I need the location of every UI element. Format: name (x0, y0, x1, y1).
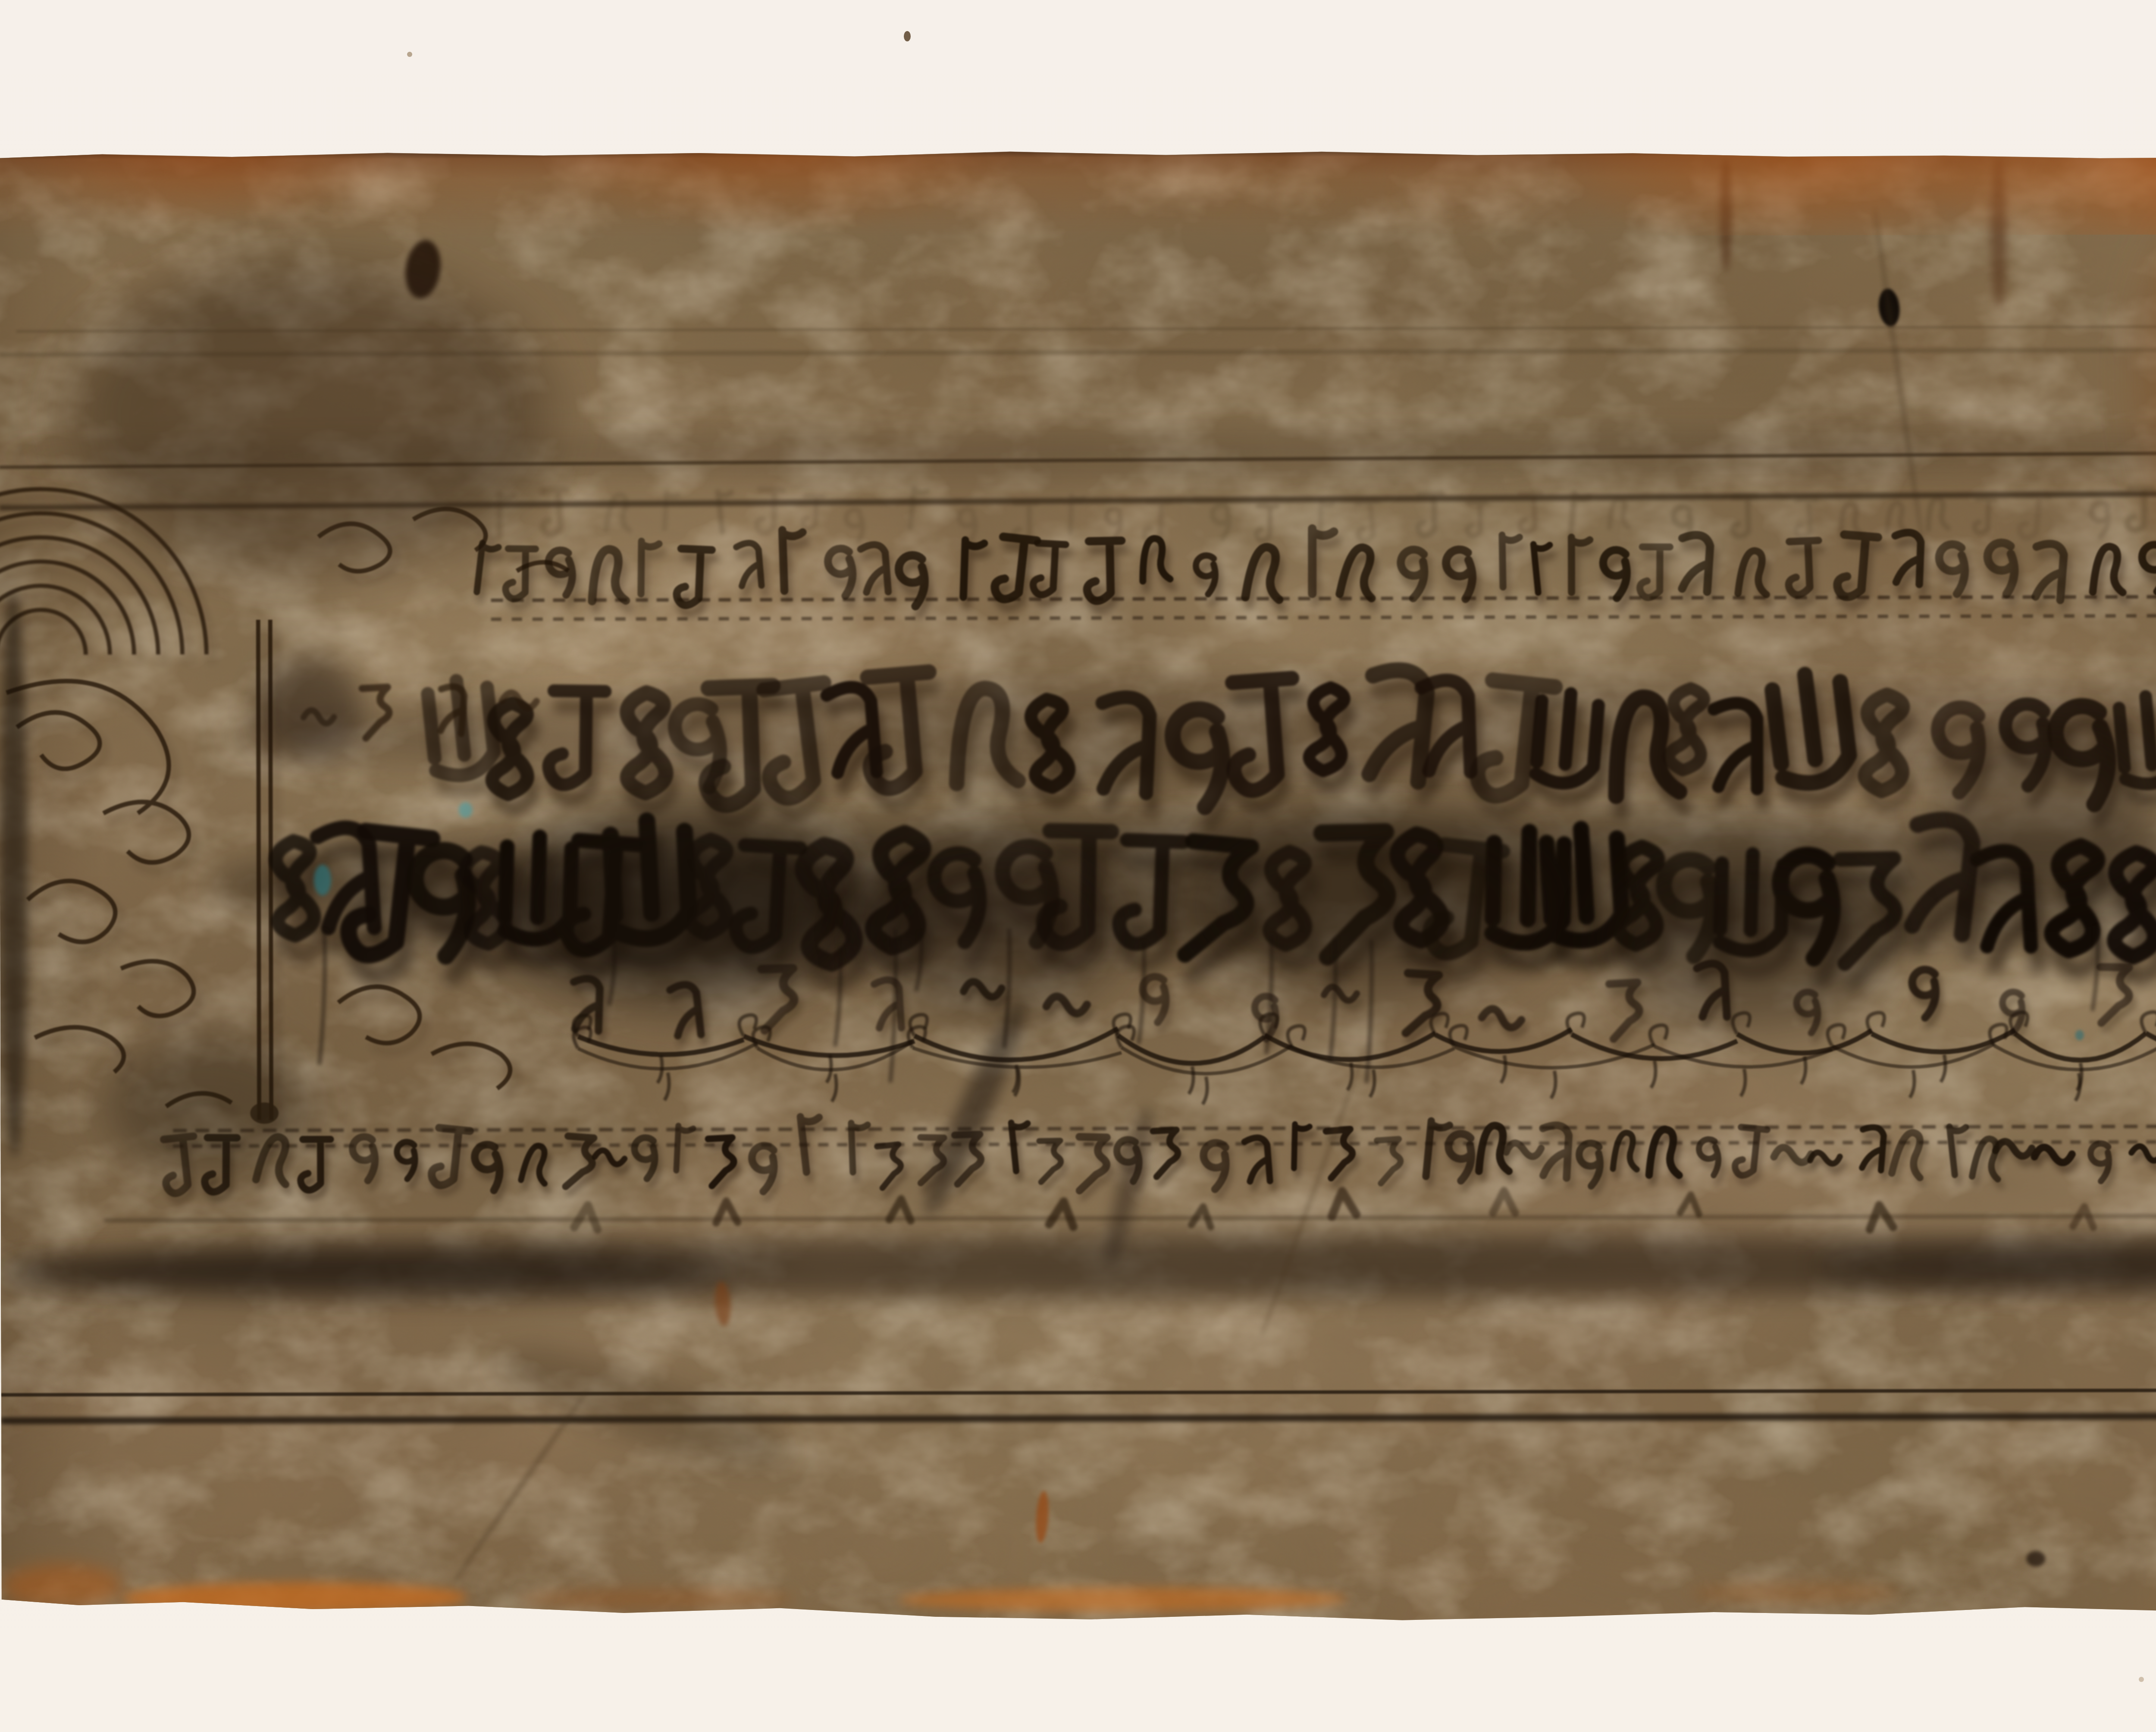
script-glyph (2127, 488, 2153, 531)
script-glyph (845, 509, 864, 541)
script-glyph (676, 1126, 693, 1171)
ink-stain (2026, 1551, 2045, 1566)
ink-smudge-layer (0, 144, 2156, 150)
ink-stain (517, 798, 846, 1006)
script-glyph (756, 490, 783, 534)
ink-stain (258, 658, 362, 762)
script-glyph (1519, 493, 1543, 533)
stain-layer (0, 144, 2156, 150)
script-glyph (1467, 502, 1487, 536)
script-glyph (2073, 1206, 2094, 1227)
script-glyph (1417, 494, 1443, 536)
ink-stain (459, 802, 473, 818)
ink-stain (122, 1582, 467, 1614)
script-glyph (1868, 1204, 1893, 1229)
script-glyph (959, 509, 976, 541)
script-glyph (910, 488, 927, 529)
script-glyph (606, 495, 629, 530)
script-glyph (680, 1133, 697, 1178)
script-glyph (477, 543, 499, 594)
text-line-1 (477, 524, 2156, 616)
ink-stain (2075, 1030, 2084, 1040)
script-glyph (1312, 529, 1334, 594)
script-glyph (1575, 546, 1593, 601)
script-glyph (1316, 537, 1337, 602)
script-glyph (1612, 1133, 1637, 1170)
script-glyph (574, 1204, 599, 1230)
script-glyph (1297, 1131, 1313, 1176)
script-glyph (1771, 671, 1852, 786)
ink-stain (104, 1037, 311, 1176)
script-glyph (1571, 537, 1590, 593)
script-glyph (1191, 1205, 1213, 1227)
ornament-ghost (0, 497, 575, 1131)
script-glyph (802, 496, 823, 529)
script-bands (160, 484, 2156, 1233)
ink-stain (68, 260, 552, 572)
script-glyph (1049, 1200, 1076, 1227)
script-glyph (1885, 502, 1906, 533)
script-glyph (1533, 543, 1554, 593)
script-glyph (1195, 555, 1216, 594)
script-glyph (855, 1130, 873, 1180)
cloud-curl (6, 681, 169, 813)
dust-speck (904, 31, 911, 41)
garland-pendants (573, 1023, 2156, 1105)
script-glyph (889, 1198, 912, 1221)
script-glyph (1680, 1194, 1700, 1214)
script-glyph (541, 489, 570, 535)
script-glyph (1794, 500, 1818, 538)
scatter-v-marks (574, 1188, 2156, 1232)
script-glyph (362, 687, 390, 738)
ink-stain (862, 849, 1122, 1013)
script-glyph (1355, 502, 1381, 542)
ink-stain (314, 865, 331, 896)
script-glyph (715, 1201, 737, 1223)
ruled-lines-layer (0, 144, 2156, 150)
script-glyph (1738, 551, 1767, 595)
script-glyph (1294, 1124, 1310, 1169)
script-glyph (1256, 506, 1277, 541)
script-glyph (782, 529, 805, 591)
script-glyph (664, 493, 679, 530)
script-glyph (1502, 535, 1520, 587)
scan-bed: Backlit scan of an aged Tibetan pecha ma… (0, 0, 2156, 1732)
script-glyph (851, 1123, 869, 1173)
text-line-4 (161, 1111, 2156, 1201)
dust-speck (2139, 1677, 2144, 1682)
ink-stain (1190, 810, 1553, 1001)
ink-stain (1, 1564, 122, 1609)
script-glyph (2019, 494, 2048, 540)
ink-stain (1604, 854, 1898, 1027)
script-glyph (1732, 496, 1757, 537)
manuscript-leaf (0, 144, 2156, 1626)
script-glyph (718, 490, 736, 532)
script-glyph (1974, 499, 1995, 533)
cloud-curls (11, 518, 575, 1116)
script-glyph (2089, 502, 2110, 538)
script-glyph (1493, 1191, 1515, 1213)
script-glyph (1608, 498, 1629, 529)
ink-stain (1931, 723, 2156, 887)
script-glyph (641, 541, 659, 594)
script-glyph (1925, 497, 1948, 530)
text-line-1-main (477, 524, 2156, 607)
script-glyph (1070, 496, 1084, 533)
script-glyph (786, 538, 808, 599)
script-glyph (1570, 493, 1589, 539)
script-glyph (644, 550, 662, 603)
dust-speck (407, 52, 412, 57)
script-glyph (963, 540, 984, 598)
garland-band (573, 1011, 2156, 1106)
cloud-curls (6, 509, 570, 1107)
scatter-v-marks-main (574, 1188, 2156, 1232)
script-glyph (1330, 1190, 1356, 1217)
script-glyph (1106, 508, 1122, 537)
script-glyph (967, 549, 988, 606)
script-glyph (1212, 505, 1229, 538)
script-glyph (1506, 543, 1524, 596)
